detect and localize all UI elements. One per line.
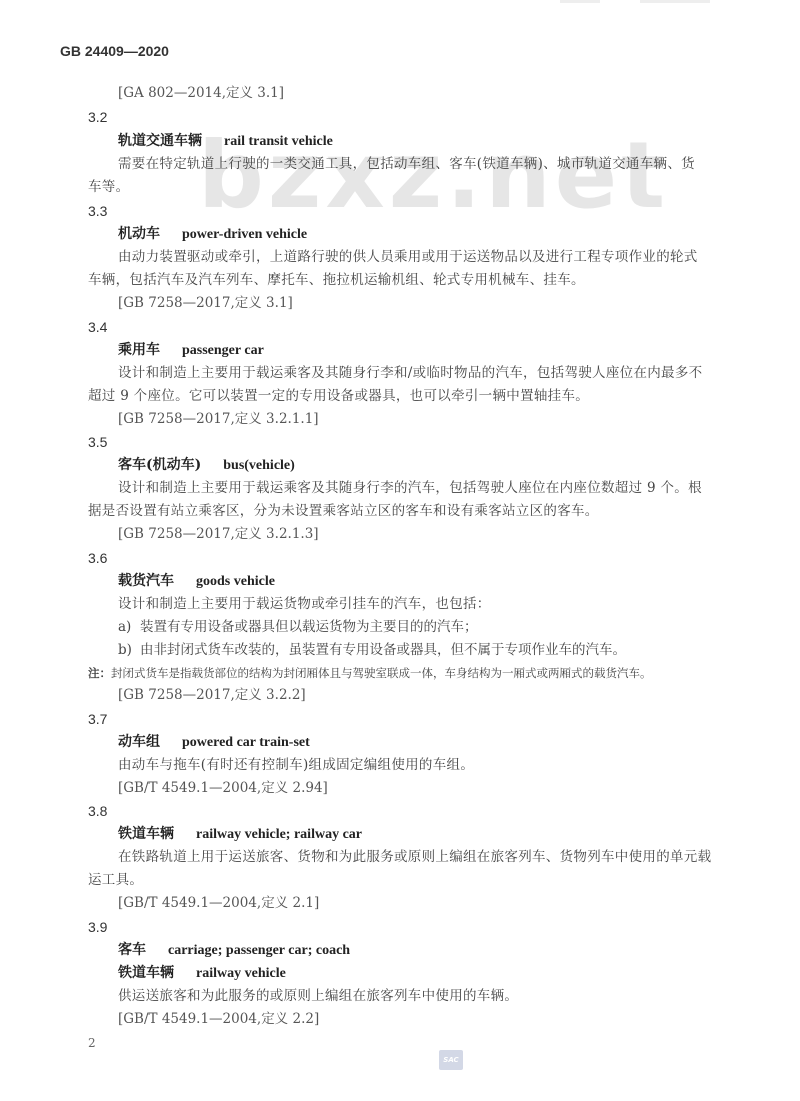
definition-line: 需要在特定轨道上行驶的一类交通工具，包括动车组、客车(铁道车辆)、城市轨道交通车… (118, 155, 695, 173)
term-heading: 客车(机动车)bus(vehicle) (118, 456, 295, 475)
definition-line: 设计和制造上主要用于载运货物或牵引挂车的汽车，也包括： (118, 595, 491, 613)
term-zh: 动车组 (118, 734, 160, 750)
term-zh: 客车 (118, 942, 146, 958)
term-heading: 铁道车辆railway vehicle; railway car (118, 825, 362, 844)
term-heading: 动车组powered car train-set (118, 733, 310, 752)
entry-number: 3.3 (88, 202, 107, 220)
note-text: 封闭式货车是指载货部位的结构为封闭厢体且与驾驶室联成一体，车身结构为一厢式或两厢… (111, 666, 652, 680)
term-zh: 轨道交通车辆 (118, 133, 202, 149)
term-zh: 客车(机动车) (118, 457, 201, 473)
term-en: powered car train-set (182, 735, 310, 750)
term-zh: 铁道车辆 (118, 965, 174, 981)
entry-number: 3.6 (88, 549, 107, 567)
term-en: rail transit vehicle (224, 134, 333, 149)
term-en: railway vehicle (196, 966, 286, 981)
term-zh: 载货汽车 (118, 573, 174, 589)
list-item-label: b) (118, 641, 140, 659)
source-reference: [GB/T 4549.1—2004,定义 2.2] (118, 1010, 319, 1028)
source-reference: [GB 7258—2017,定义 3.1] (118, 294, 293, 312)
term-heading: 乘用车passenger car (118, 341, 264, 360)
entry-number: 3.5 (88, 433, 107, 451)
scan-artifact (560, 0, 600, 3)
term-zh: 机动车 (118, 226, 160, 242)
entry-number: 3.7 (88, 710, 107, 728)
definition-line: 运工具。 (88, 871, 143, 889)
source-reference: [GB 7258—2017,定义 3.2.1.3] (118, 525, 319, 543)
term-heading: 机动车power-driven vehicle (118, 225, 307, 244)
definition-line: 供运送旅客和为此服务的或原则上编组在旅客列车中使用的车辆。 (118, 987, 518, 1005)
document-page: bzxz.net GB 24409—2020 [GA 802—2014,定义 3… (0, 0, 800, 1101)
list-item-text: 由非封闭式货车改装的，虽装置有专用设备或器具，但不属于专项作业车的汽车。 (140, 642, 626, 658)
term-en: power-driven vehicle (182, 227, 307, 242)
list-item: a)装置有专用设备或器具但以载运货物为主要目的的汽车； (118, 618, 478, 636)
term-en: goods vehicle (196, 574, 275, 589)
definition-line: 车辆，包括汽车及汽车列车、摩托车、拖拉机运输机组、轮式专用机械车、挂车。 (88, 271, 585, 289)
term-zh: 铁道车辆 (118, 826, 174, 842)
standard-code-header: GB 24409—2020 (60, 42, 169, 60)
page-number: 2 (88, 1034, 96, 1052)
term-en: carriage; passenger car; coach (168, 943, 350, 958)
note: 注：封闭式货车是指载货部位的结构为封闭厢体且与驾驶室联成一体，车身结构为一厢式或… (88, 664, 652, 682)
term-zh: 乘用车 (118, 342, 160, 358)
entry-number: 3.8 (88, 802, 107, 820)
term-en: railway vehicle; railway car (196, 827, 362, 842)
term-heading: 轨道交通车辆rail transit vehicle (118, 132, 333, 151)
definition-line: 车等。 (88, 178, 129, 196)
list-item: b)由非封闭式货车改装的，虽装置有专用设备或器具，但不属于专项作业车的汽车。 (118, 641, 626, 659)
note-label: 注： (88, 666, 111, 680)
entry-number: 3.4 (88, 318, 107, 336)
scan-artifact (640, 0, 710, 3)
definition-line: 据是否设置有站立乘客区，分为未设置乘客站立区的客车和设有乘客站立区的客车。 (88, 502, 599, 520)
term-heading-synonym: 铁道车辆railway vehicle (118, 964, 286, 983)
definition-line: 设计和制造上主要用于载运乘客及其随身行李的汽车，包括驾驶人座位在内座位数超过 9… (118, 479, 702, 497)
term-heading: 客车carriage; passenger car; coach (118, 941, 350, 960)
term-en: bus(vehicle) (223, 458, 295, 473)
definition-line: 由动力装置驱动或牵引，上道路行驶的供人员乘用或用于运送物品以及进行工程专项作业的… (118, 248, 698, 266)
definition-line: 设计和制造上主要用于载运乘客及其随身行李和/或临时物品的汽车，包括驾驶人座位在内… (118, 364, 702, 382)
term-heading: 载货汽车goods vehicle (118, 572, 275, 591)
definition-line: 超过 9 个座位。它可以装置一定的专用设备或器具，也可以牵引一辆中置轴挂车。 (88, 387, 589, 405)
entry-number: 3.2 (88, 108, 107, 126)
sac-logo-icon: SAC (439, 1050, 463, 1070)
source-reference: [GB 7258—2017,定义 3.2.2] (118, 686, 306, 704)
entry-number: 3.9 (88, 918, 107, 936)
definition-line: 由动车与拖车(有时还有控制车)组成固定编组使用的车组。 (118, 756, 474, 774)
definition-line: 在铁路轨道上用于运送旅客、货物和为此服务或原则上编组在旅客列车、货物列车中使用的… (118, 848, 711, 866)
list-item-text: 装置有专用设备或器具但以载运货物为主要目的的汽车； (140, 619, 478, 635)
source-reference: [GB/T 4549.1—2004,定义 2.1] (118, 894, 319, 912)
source-reference: [GA 802—2014,定义 3.1] (118, 84, 284, 102)
list-item-label: a) (118, 618, 140, 636)
source-reference: [GB 7258—2017,定义 3.2.1.1] (118, 410, 319, 428)
source-reference: [GB/T 4549.1—2004,定义 2.94] (118, 779, 328, 797)
term-en: passenger car (182, 343, 264, 358)
